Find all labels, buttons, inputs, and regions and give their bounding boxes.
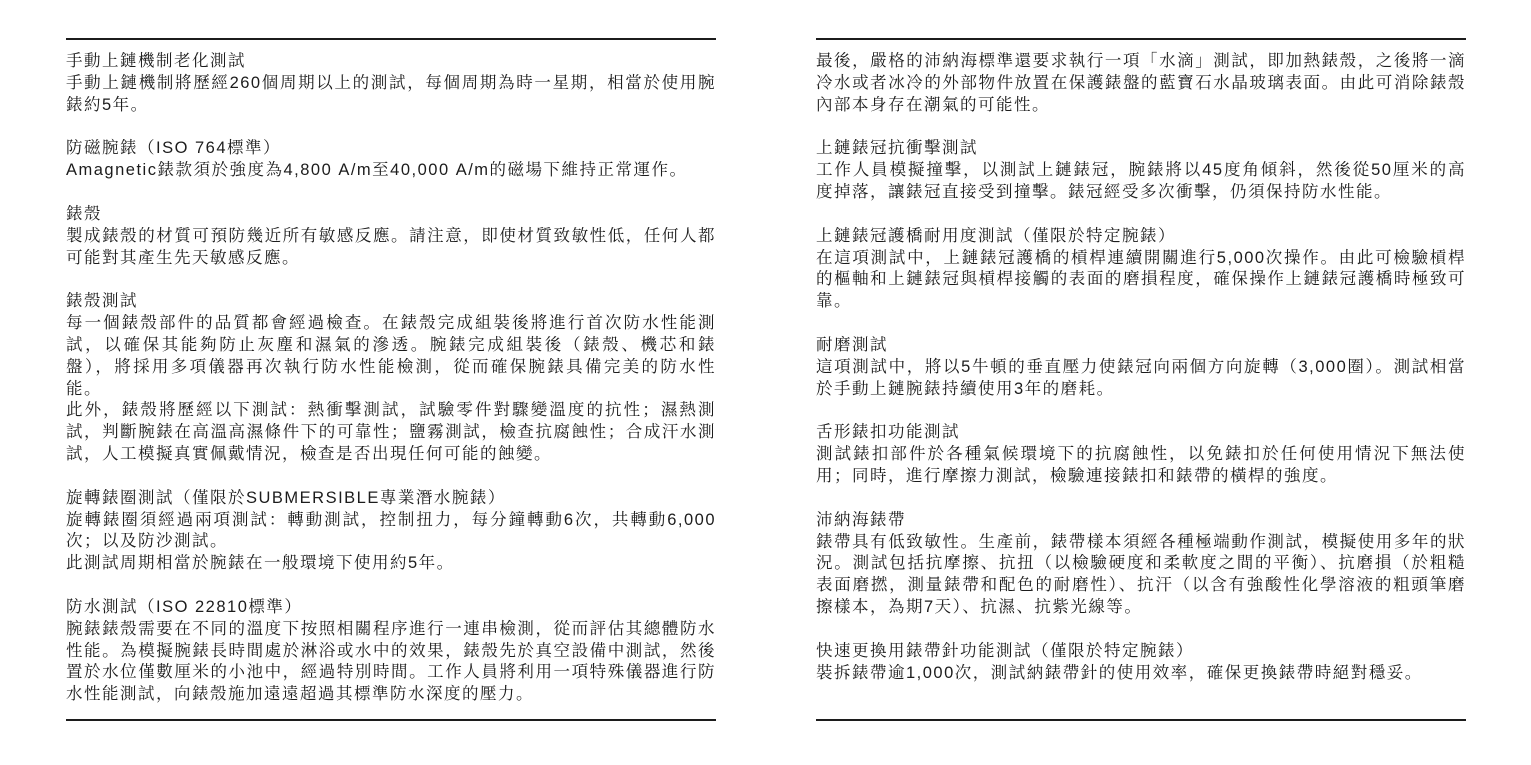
section: 最後，嚴格的沛納海標準還要求執行一項「水滴」測試，即加熱錶殼，之後將一滴冷水或者… [816,51,1466,116]
section-paragraph: 製成錶殼的材質可預防幾近所有敏感反應。請注意，即使材質致敏性低，任何人都可能對其… [66,226,716,270]
section-paragraph: 測試錶扣部件於各種氣候環境下的抗腐蝕性，以免錶扣於任何使用情況下無法使用；同時，… [816,444,1466,488]
section-heading: 錶殼 [66,204,716,226]
section: 防水測試（ISO 22810標準）腕錶錶殼需要在不同的溫度下按照相關程序進行一連… [66,597,716,706]
section: 快速更換用錶帶針功能測試（僅限於特定腕錶）裝拆錶帶逾1,000次，測試納錶帶針的… [816,641,1466,685]
section-paragraph: 工作人員模擬撞擊，以測試上鏈錶冠，腕錶將以45度角傾斜，然後從50厘米的高度掉落… [816,160,1466,204]
section: 旋轉錶圈測試（僅限於SUBMERSIBLE專業潛水腕錶）旋轉錶圈須經過兩項測試：… [66,488,716,575]
section-paragraph: 腕錶錶殼需要在不同的溫度下按照相關程序進行一連串檢測，從而評估其總體防水性能。為… [66,619,716,706]
section-paragraph: 旋轉錶圈須經過兩項測試：轉動測試，控制扭力，每分鐘轉動6次，共轉動6,000次；… [66,510,716,554]
section: 上鏈錶冠抗衝擊測試工作人員模擬撞擊，以測試上鏈錶冠，腕錶將以45度角傾斜，然後從… [816,138,1466,203]
section-paragraph: 每一個錶殼部件的品質都會經過檢查。在錶殼完成組裝後將進行首次防水性能測試，以確保… [66,313,716,400]
section-paragraph: 這項測試中，將以5牛頓的垂直壓力使錶冠向兩個方向旋轉（3,000圈）。測試相當於… [816,357,1466,401]
section: 防磁腕錶（ISO 764標準）Amagnetic錶款須於強度為4,800 A/m… [66,138,716,182]
document-page: 手動上鏈機制老化測試手動上鏈機制將歷經260個周期以上的測試，每個周期為時一星期… [0,0,1531,765]
section-heading: 錶殼測試 [66,291,716,313]
section: 錶殼製成錶殼的材質可預防幾近所有敏感反應。請注意，即使材質致敏性低，任何人都可能… [66,204,716,269]
section: 沛納海錶帶錶帶具有低致敏性。生產前，錶帶樣本須經各種極端動作測試，模擬使用多年的… [816,510,1466,619]
section-paragraph: 此測試周期相當於腕錶在一般環境下使用約5年。 [66,553,716,575]
section-paragraph: 錶帶具有低致敏性。生產前，錶帶樣本須經各種極端動作測試，模擬使用多年的狀況。測試… [816,532,1466,619]
section-paragraph: 此外，錶殼將歷經以下測試：熱衝擊測試，試驗零件對驟變溫度的抗性；濕熱測試，判斷腕… [66,400,716,465]
right-column: 最後，嚴格的沛納海標準還要求執行一項「水滴」測試，即加熱錶殼，之後將一滴冷水或者… [816,38,1466,721]
section-heading: 上鏈錶冠護橋耐用度測試（僅限於特定腕錶） [816,226,1466,248]
section: 手動上鏈機制老化測試手動上鏈機制將歷經260個周期以上的測試，每個周期為時一星期… [66,51,716,116]
section-heading: 上鏈錶冠抗衝擊測試 [816,138,1466,160]
left-column: 手動上鏈機制老化測試手動上鏈機制將歷經260個周期以上的測試，每個周期為時一星期… [66,38,716,721]
section-heading: 快速更換用錶帶針功能測試（僅限於特定腕錶） [816,641,1466,663]
section-heading: 防磁腕錶（ISO 764標準） [66,138,716,160]
section-paragraph: 在這項測試中，上鏈錶冠護橋的槓桿連續開關進行5,000次操作。由此可檢驗槓桿的樞… [816,248,1466,313]
section-heading: 旋轉錶圈測試（僅限於SUBMERSIBLE專業潛水腕錶） [66,488,716,510]
section: 舌形錶扣功能測試測試錶扣部件於各種氣候環境下的抗腐蝕性，以免錶扣於任何使用情況下… [816,422,1466,487]
section-paragraph: 最後，嚴格的沛納海標準還要求執行一項「水滴」測試，即加熱錶殼，之後將一滴冷水或者… [816,51,1466,116]
section-paragraph: Amagnetic錶款須於強度為4,800 A/m至40,000 A/m的磁場下… [66,160,716,182]
section-heading: 沛納海錶帶 [816,510,1466,532]
section-heading: 舌形錶扣功能測試 [816,422,1466,444]
section-paragraph: 手動上鏈機制將歷經260個周期以上的測試，每個周期為時一星期，相當於使用腕錶約5… [66,73,716,117]
section: 錶殼測試每一個錶殼部件的品質都會經過檢查。在錶殼完成組裝後將進行首次防水性能測試… [66,291,716,465]
section: 耐磨測試這項測試中，將以5牛頓的垂直壓力使錶冠向兩個方向旋轉（3,000圈）。測… [816,335,1466,400]
section-heading: 手動上鏈機制老化測試 [66,51,716,73]
section-heading: 防水測試（ISO 22810標準） [66,597,716,619]
section-paragraph: 裝拆錶帶逾1,000次，測試納錶帶針的使用效率，確保更換錶帶時絕對穩妥。 [816,663,1466,685]
section: 上鏈錶冠護橋耐用度測試（僅限於特定腕錶）在這項測試中，上鏈錶冠護橋的槓桿連續開關… [816,226,1466,313]
section-heading: 耐磨測試 [816,335,1466,357]
